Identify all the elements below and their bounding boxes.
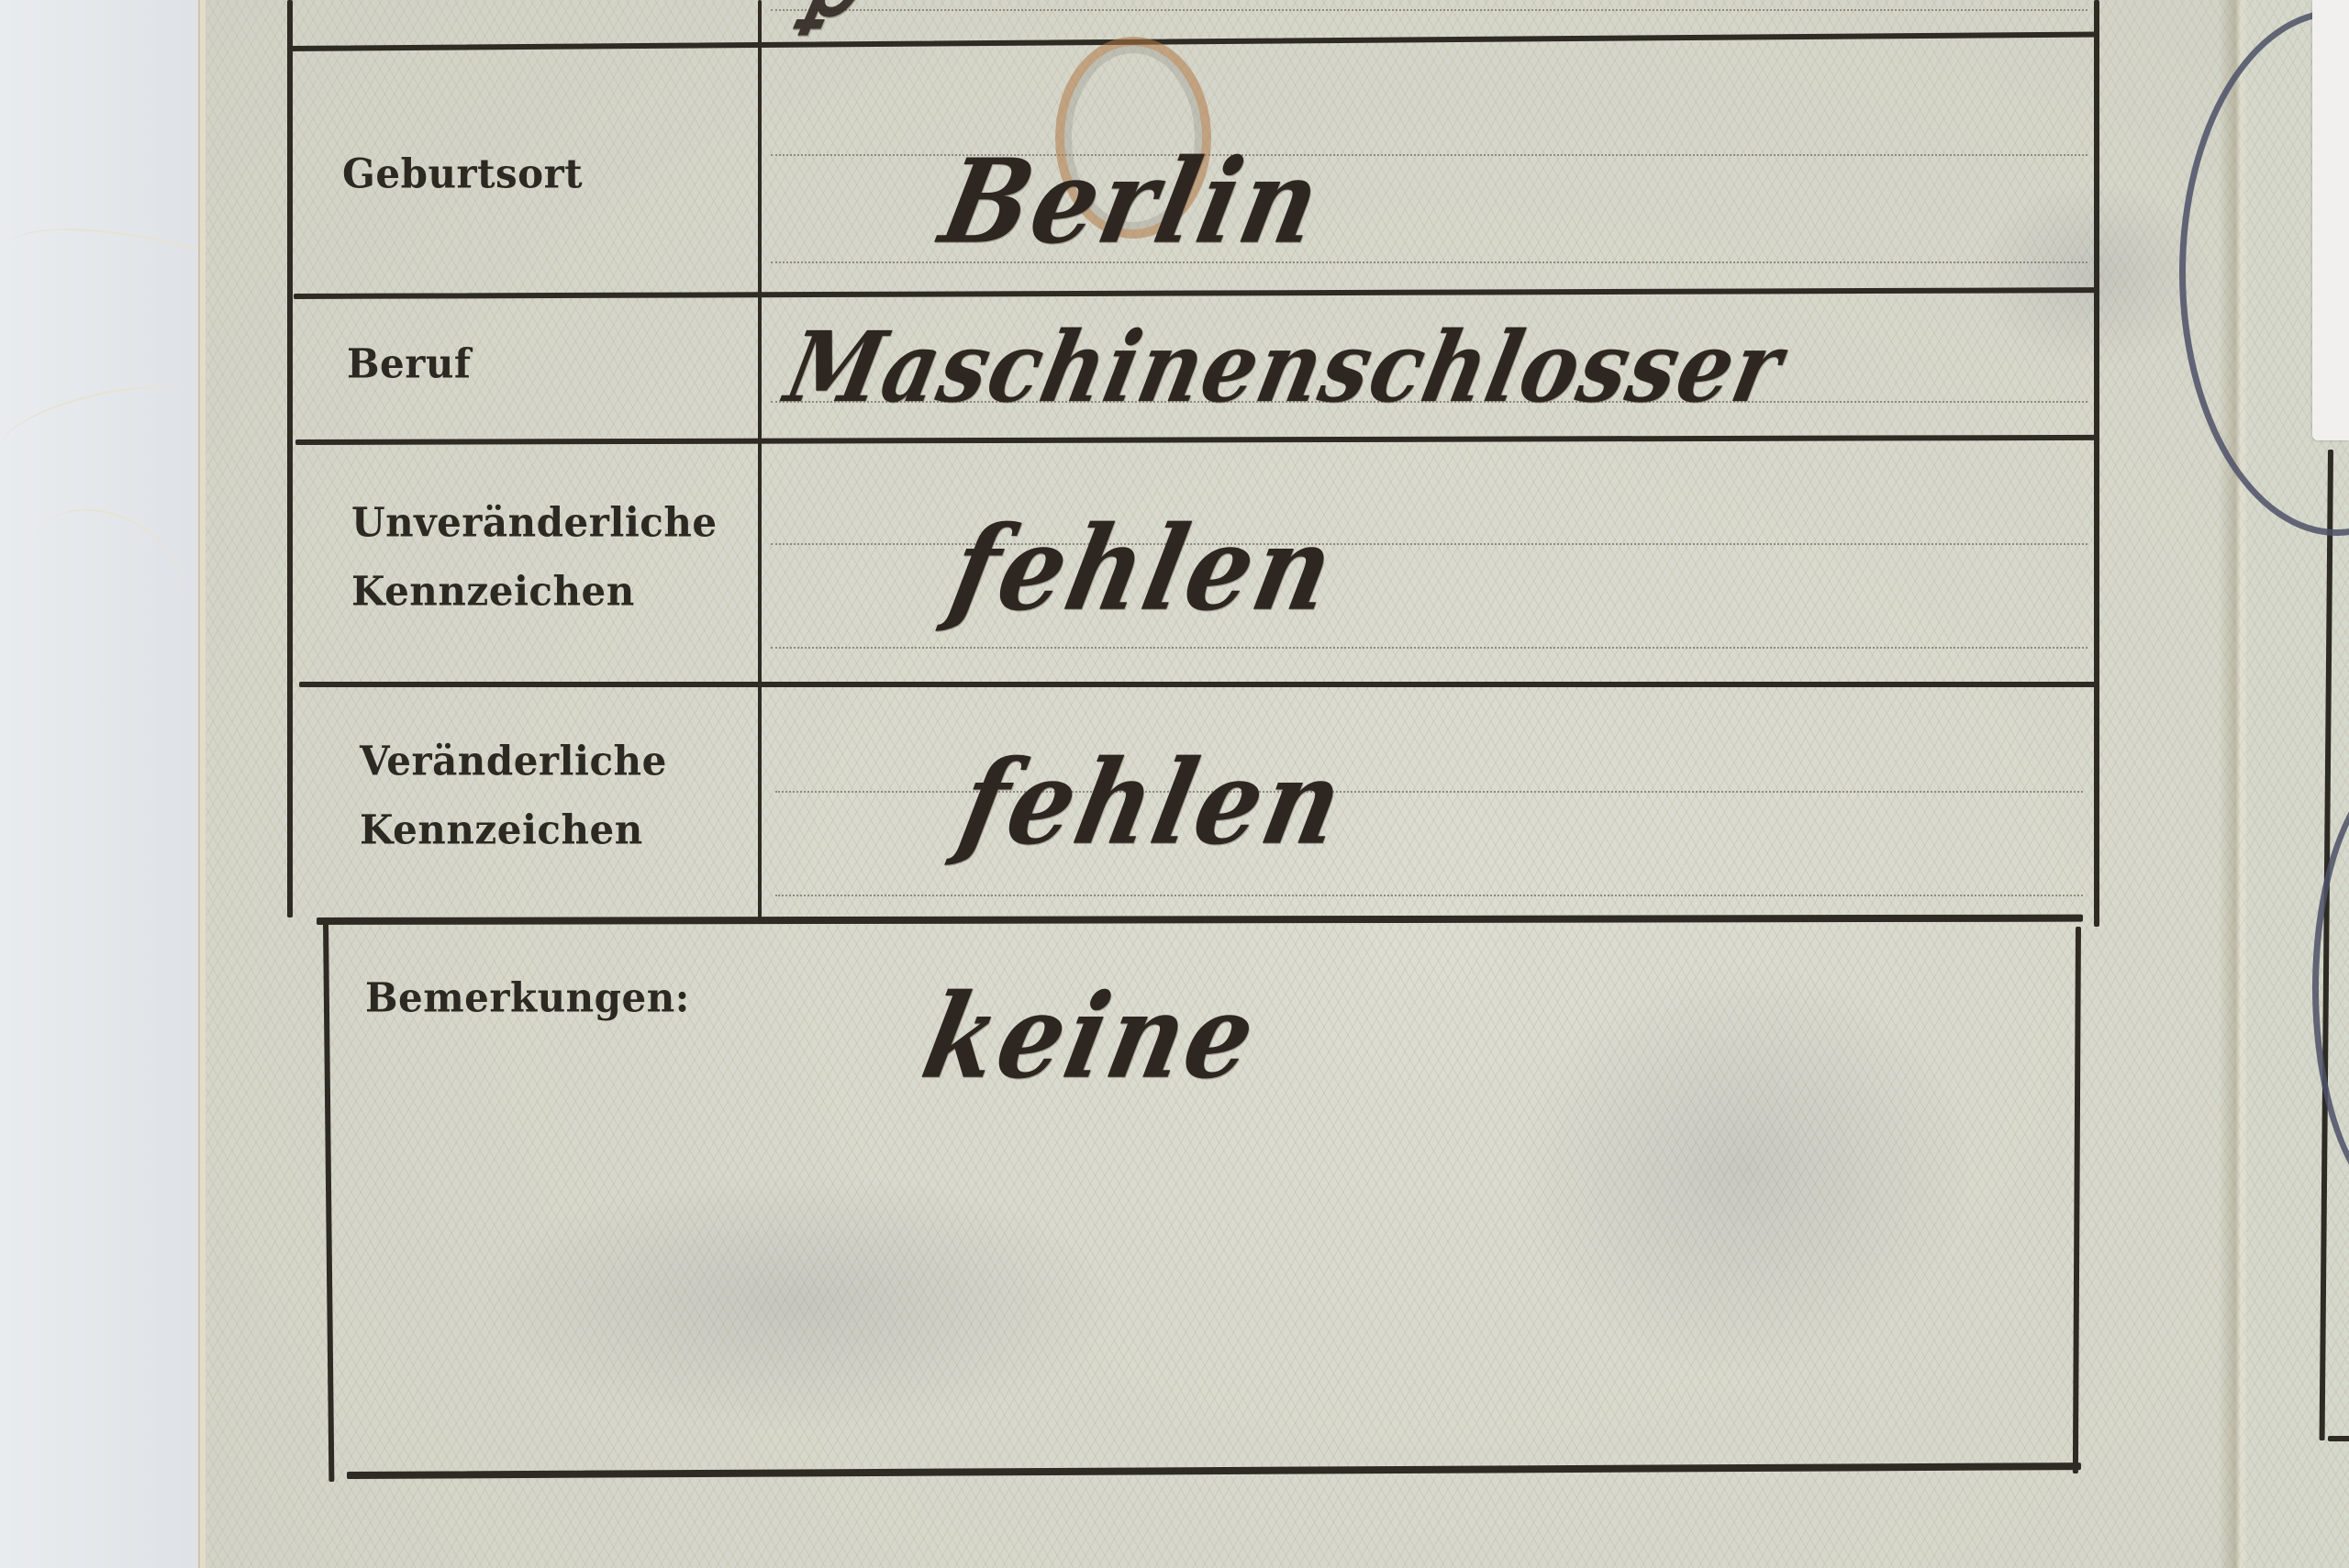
column-divider (758, 0, 762, 920)
label-veraenderliche-line1: Veränderliche (360, 738, 667, 786)
value-bemerkungen: keine (913, 973, 1268, 1100)
table-right-border (2094, 0, 2099, 927)
value-unveraenderliche-kennzeichen: fehlen (941, 506, 1346, 632)
guide-line (771, 647, 2087, 649)
label-bemerkungen: Bemerkungen: (365, 974, 690, 1023)
ink-show-through (1514, 963, 1973, 1376)
handwritten-entry-top-partial: ꝑ ꞌ ꞌ ꞌ ꞌ ꞌ ꞌ (794, 0, 1245, 45)
row-border-unveraenderliche-veraenderliche (299, 682, 2098, 687)
value-veraenderliche-kennzeichen: fehlen (950, 740, 1355, 866)
ink-show-through (477, 1174, 1119, 1431)
label-unveraenderliche-line2: Kennzeichen (351, 568, 635, 617)
facing-page-table-bottom (2328, 1436, 2349, 1441)
value-beruf: Maschinenschlosser (775, 304, 1794, 430)
paper-tag (2312, 0, 2349, 440)
label-beruf: Beruf (347, 340, 471, 389)
guide-line (775, 895, 2083, 896)
table-left-border (287, 0, 293, 917)
label-veraenderliche-line2: Kennzeichen (360, 806, 643, 855)
label-geburtsort: Geburtsort (342, 150, 583, 199)
label-unveraenderliche-line1: Unveränderliche (351, 499, 718, 548)
ink-show-through (1973, 183, 2211, 367)
value-geburtsort: Berlin (931, 139, 1333, 265)
